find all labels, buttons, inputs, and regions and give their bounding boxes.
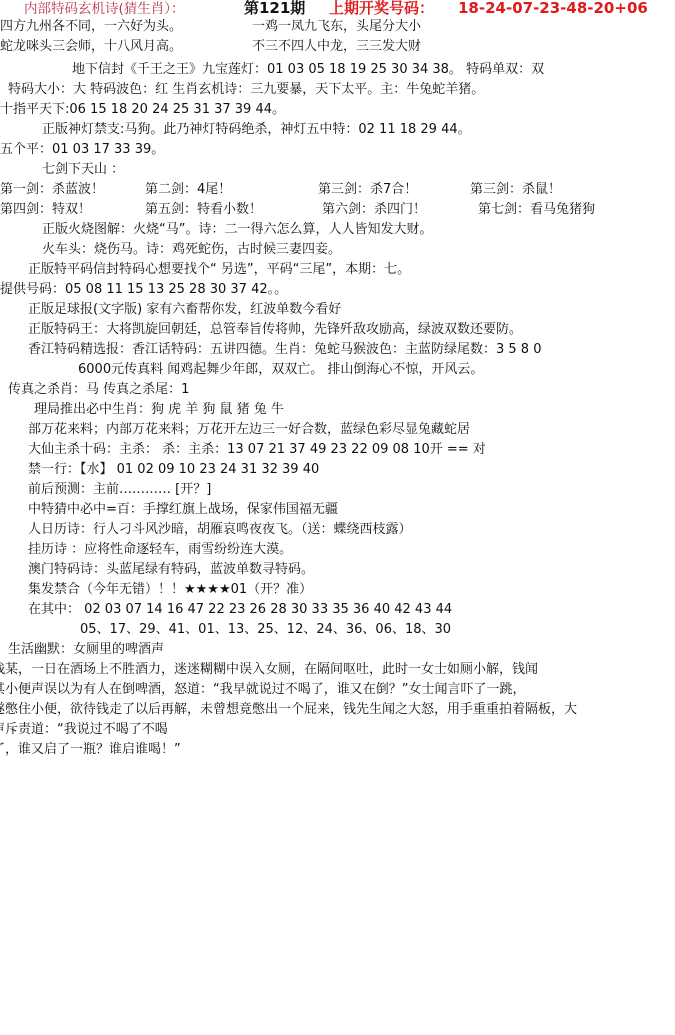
- fax-kill-line: 传真之杀肖：马 传真之杀尾：1: [8, 381, 189, 399]
- poem-line-2a: 蛇龙咪头三会师，十八风月高。: [0, 38, 182, 56]
- hanging-calendar-line: 挂历诗 ：应将性命逐轻车，雨雪纷纷连大漠。: [28, 541, 292, 559]
- seven-swords-heading: 七剑下天山 ：: [42, 161, 124, 179]
- macau-poem-line: 澳门特码诗：头蓝尾绿有特码，蓝波单数寻特码。: [28, 561, 314, 579]
- story-line-4: 声斥责道：“我说过不喝了不喝: [0, 721, 168, 739]
- daxian-kill-line: 大仙主杀十码：主杀： 杀：主杀：13 07 21 37 49 23 22 09 …: [28, 441, 486, 459]
- flat-code-envelope-line: 正版特平码信封特码心想要找个“ 另选”，平码“三尾”，本期：七。: [28, 261, 410, 279]
- wanhua-line: 部万花来料；内部万花来料；万花开左边三一好合数，蓝绿色彩尽显兔藏蛇居: [28, 421, 470, 439]
- magic-lamp-line: 正版神灯禁支:马狗。此乃神灯特码绝杀，神灯五中特：02 11 18 29 44。: [42, 121, 471, 139]
- sword-3: 第三剑：杀7合！: [318, 181, 417, 199]
- sword-1: 第一剑：杀蓝波！: [0, 181, 104, 199]
- fax-material-line: 6000元传真料 闻鸡起舞少年郎，双双亡。 排山倒海心不惊，开风云。: [78, 361, 483, 379]
- last-draw-numbers: 18-24-07-23-48-20+06: [458, 0, 648, 17]
- calendar-poem-line: 人日历诗：行人刁斗风沙暗，胡雁哀鸣夜夜飞。（送：蝶绕西枝露）: [28, 521, 412, 539]
- forecast-line: 前后预测：主前………… [开？]: [28, 481, 211, 499]
- poem-line-1b: 一鸡一凤九飞东，头尾分大小: [252, 18, 421, 36]
- story-line-5: 了，谁又启了一瓶？谁启谁喝！”: [0, 741, 181, 759]
- special-size-line: 特码大小：大 特码波色：红 生肖玄机诗：三九要暴，天下太平。主：牛兔蛇羊猪。: [8, 81, 484, 99]
- football-paper-line: 正版足球报(文字版) 家有六畜帮你发，红波单数今看好: [28, 301, 341, 319]
- issue-number: 第121期: [244, 0, 305, 17]
- xiangjiang-line: 香江特码精选报：香江话特码：五讲四德。生肖：兔蛇马猴波色：主蓝防绿尾数：3 5 …: [28, 341, 541, 359]
- humor-heading: 生活幽默：女厕里的啤酒声: [8, 641, 164, 659]
- story-line-2: 其小便声误以为有人在倒啤酒，怒道：“我早就说过不喝了，谁又在倒？”女士闻言吓了一…: [0, 681, 525, 699]
- five-flat-line: 五个平：01 03 17 33 39。: [0, 141, 164, 159]
- last-draw-label: 上期开奖号码：: [329, 0, 434, 17]
- sword-2: 第二剑：4尾！: [145, 181, 231, 199]
- number-list-line: 05、17、29、41、01、13、25、12、24、36、06、18、30: [80, 621, 451, 639]
- sword-7: 第七剑：看马兔猪狗: [478, 201, 595, 219]
- ten-fingers-line: 十指平天下:06 15 18 20 24 25 31 37 39 44。: [0, 101, 285, 119]
- story-line-3: 遂憋住小便，欲待钱走了以后再解，未曾想竟憋出一个屁来，钱先生闻之大怒，用手重重拍…: [0, 701, 577, 719]
- sword-3b: 第三剑：杀鼠！: [470, 181, 561, 199]
- special-king-line: 正版特码王：大将凯旋回朝廷，总管奉旨传将帅，先锋歼敌攻励高，绿波双数还要防。: [28, 321, 522, 339]
- fire-diagram-line: 正版火烧图解：火烧“马”。诗：二一得六怎么算，人人皆知发大财。: [42, 221, 432, 239]
- forbidden-row-line: 禁一行：【水】 01 02 09 10 23 24 31 32 39 40: [28, 461, 319, 479]
- poem-line-2b: 不三不四人中龙，三三发大财: [252, 38, 421, 56]
- collection-line: 集发禁合（今年无错）！！★★★★01（开？准）: [28, 581, 312, 599]
- train-head-line: 火车头：烧伤马。诗：鸡死蛇伤，古时候三妻四妾。: [42, 241, 341, 259]
- underground-envelope-line: 地下信封《千王之王》九宝莲灯：01 03 05 18 19 25 30 34 3…: [72, 61, 544, 79]
- poem-line-1a: 四方九州各不同，一六好为头。: [0, 18, 182, 36]
- story-line-1: 钱某，一日在酒场上不胜酒力，迷迷糊糊中误入女厕，在隔间呕吐，此时一女士如厕小解，…: [0, 661, 538, 679]
- sword-6: 第六剑：杀四门！: [322, 201, 426, 219]
- provided-numbers-line: 提供号码：05 08 11 15 13 25 28 30 37 42。。: [0, 281, 287, 299]
- zodiac-pick-line: 理局推出必中生肖：狗 虎 羊 狗 鼠 猪 兔 牛: [34, 401, 284, 419]
- among-numbers-line: 在其中： 02 03 07 14 16 47 22 23 26 28 30 33…: [28, 601, 452, 619]
- sword-4: 第四剑：特双！: [0, 201, 91, 219]
- page-title: 内部特码玄机诗(猜生肖）：: [24, 0, 185, 18]
- sword-5: 第五剑：特看小数！: [145, 201, 262, 219]
- hit-guess-line: 中特猜中必中=百：手撑红旗上战场，保家伟国福无疆: [28, 501, 338, 519]
